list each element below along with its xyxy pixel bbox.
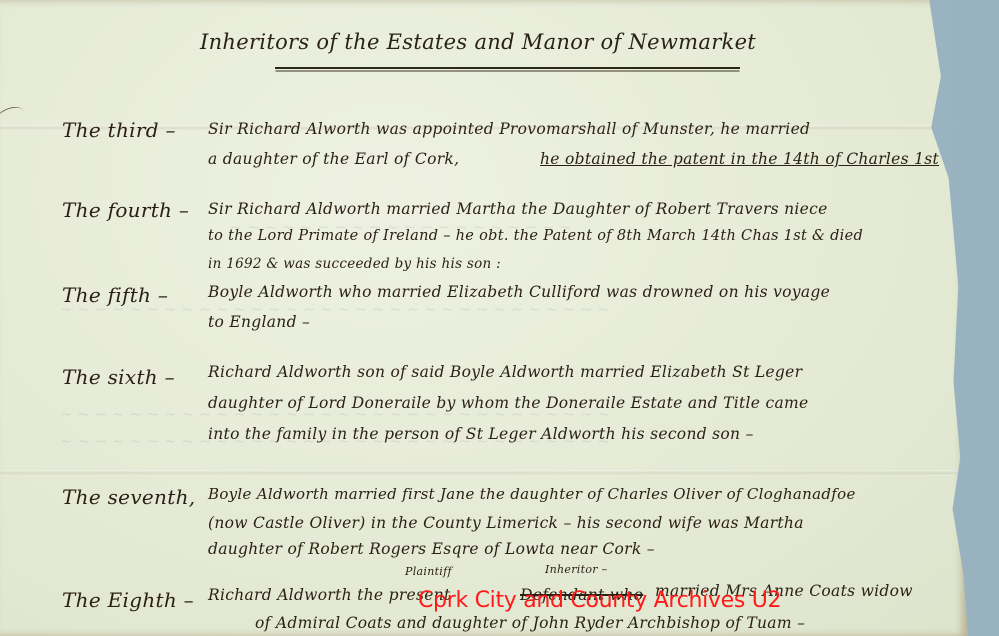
document-photo: ~ ~ ~ ~ ~ ~ ~ ~ ~ ~ ~ ~ ~ ~ ~ ~ ~ ~ ~ ~ … (0, 0, 999, 636)
entry-line: Richard Aldworth son of said Boyle Aldwo… (208, 363, 802, 381)
interlinear-insertion: Plaintiff (405, 565, 452, 578)
entry-line: to the Lord Primate of Ireland – he obt.… (208, 228, 863, 244)
archive-watermark: Cprk City and County Archives U2 (418, 588, 781, 613)
struck-text: he obtained the patent in the 14th of Ch… (540, 150, 939, 168)
entry-ordinal: The sixth – (62, 365, 175, 389)
entry-line: daughter of Robert Rogers Esqre of Lowta… (208, 540, 655, 558)
entry-line: in 1692 & was succeeded by his his son : (208, 256, 501, 272)
entry-line: Sir Richard Aldworth married Martha the … (208, 200, 828, 218)
entry-ordinal: The fourth – (62, 198, 189, 222)
entry-line: Boyle Aldworth married first Jane the da… (208, 485, 856, 503)
document-title: Inheritors of the Estates and Manor of N… (200, 30, 756, 54)
entry-line: Boyle Aldworth who married Elizabeth Cul… (208, 283, 830, 301)
entry-ordinal: The fifth – (62, 283, 168, 307)
entry-line: Sir Richard Alworth was appointed Provom… (208, 120, 810, 138)
entry-line: a daughter of the Earl of Cork, (208, 150, 459, 168)
title-underline (275, 67, 740, 69)
entry-line: into the family in the person of St Lege… (208, 425, 754, 443)
entry-line: daughter of Lord Doneraile by whom the D… (208, 394, 808, 412)
entry-ordinal: The third – (62, 118, 176, 142)
entry-line: Richard Aldworth the present (208, 586, 451, 604)
entry-ordinal: The Eighth – (62, 588, 194, 612)
paper-fold (0, 470, 968, 476)
entry-line: of Admiral Coats and daughter of John Ry… (255, 614, 805, 632)
interlinear-insertion: Inheritor – (545, 563, 607, 576)
entry-line: to England – (208, 313, 310, 331)
entry-line: (now Castle Oliver) in the County Limeri… (208, 514, 804, 532)
manuscript-page: ~ ~ ~ ~ ~ ~ ~ ~ ~ ~ ~ ~ ~ ~ ~ ~ ~ ~ ~ ~ … (0, 0, 968, 636)
margin-flourish (0, 104, 26, 128)
entry-ordinal: The seventh, (62, 485, 195, 509)
